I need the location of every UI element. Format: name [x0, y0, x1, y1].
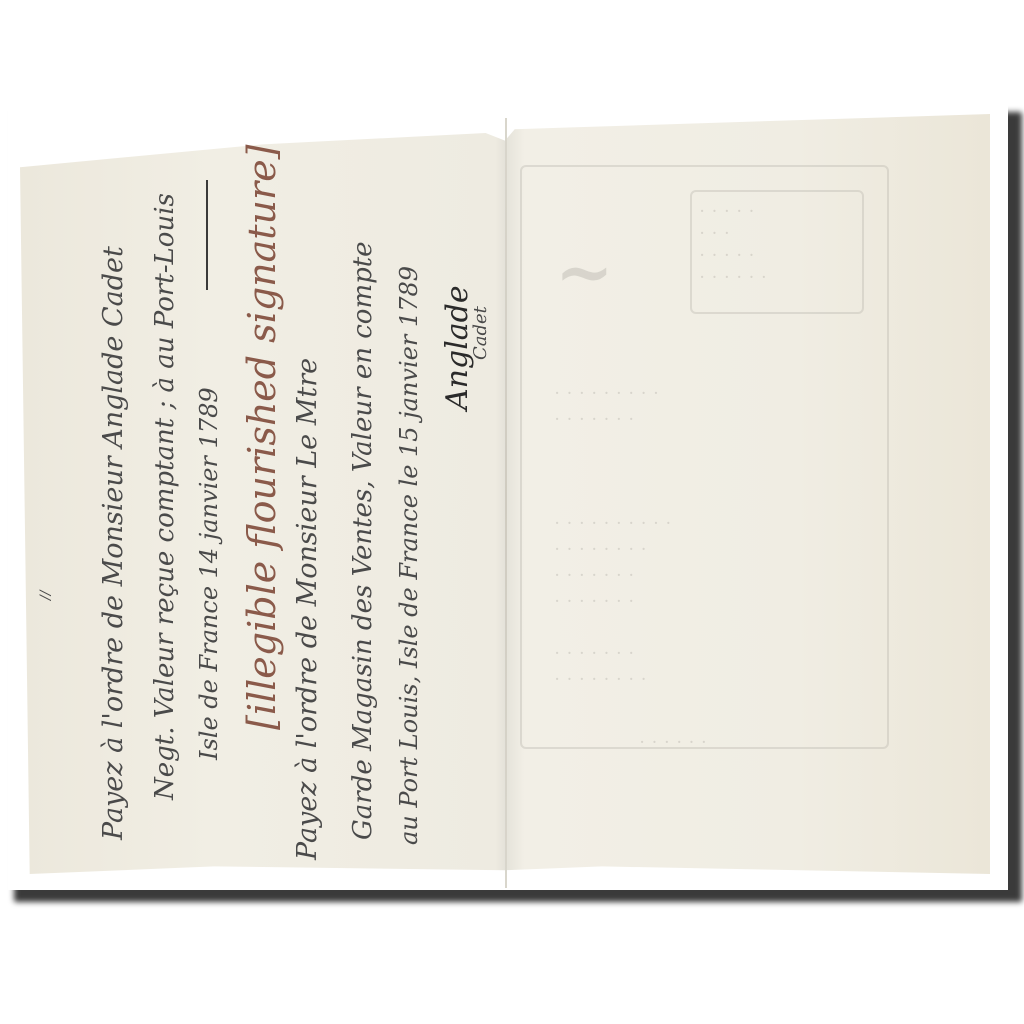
endorsement-1-rule	[206, 180, 208, 290]
endorsement-2-line-1: Payez à l'ordre de Monsieur Le Mtre	[292, 358, 323, 860]
show-through-denomination: ~	[555, 230, 616, 313]
center-fold	[505, 118, 507, 888]
signature-anglade-suffix: Cadet	[470, 306, 491, 360]
show-through-footer: · · · · · ·	[640, 735, 708, 749]
endorsement-1-line-1: Payez à l'ordre de Monsieur Anglade Cade…	[98, 246, 129, 840]
endorsement-1-line-2: Negt. Valeur reçue comptant ; à au Port-…	[150, 193, 180, 800]
endorsement-2-line-2: Garde Magasin des Ventes, Valeur en comp…	[348, 241, 378, 840]
endorsement-1-line-3: Isle de France 14 janvier 1789	[195, 387, 223, 760]
endorsement-2-line-3: au Port Louis, Isle de France le 15 janv…	[395, 266, 423, 845]
margin-mark: //	[38, 591, 54, 600]
red-signature: [illegible flourished signature]	[240, 144, 284, 730]
show-through-body: · · · · · · · · ·· · · · · · ·· · · · · …	[555, 380, 672, 692]
show-through-header: · · · · ·· · ·· · · · ·· · · · · ·	[700, 200, 768, 288]
